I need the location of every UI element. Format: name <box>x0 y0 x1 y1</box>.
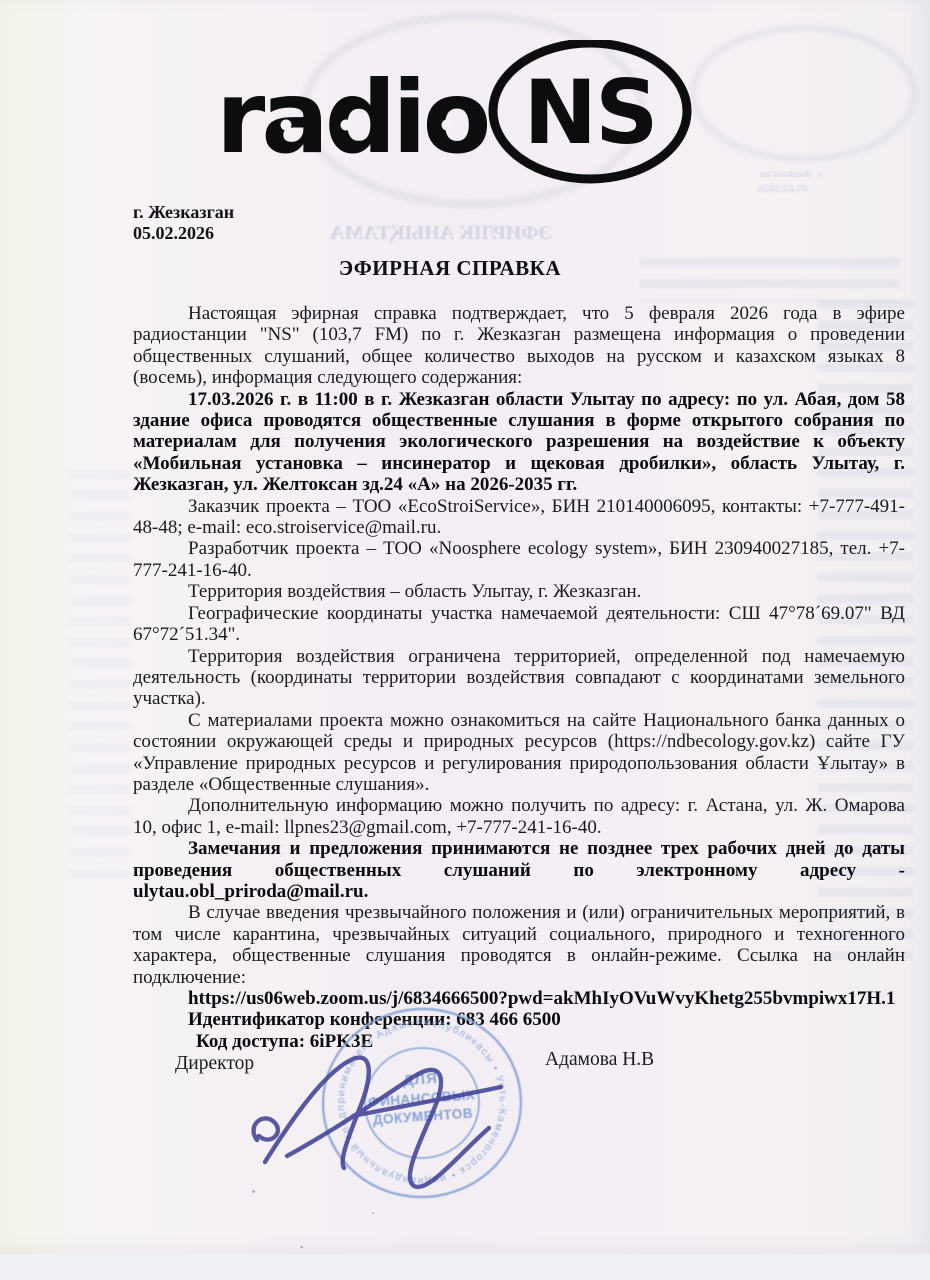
scanned-document: { "document": { "city": "г. Жезказган", … <box>0 0 930 1280</box>
paragraph-materials: С материалами проекта можно ознакомиться… <box>133 710 905 796</box>
handwritten-signature-svg <box>235 1042 547 1204</box>
bleedthrough-date: 05.02.2026 <box>758 183 808 195</box>
city-line: г. Жезказган <box>133 202 234 223</box>
ink-speck-3 <box>300 1246 303 1248</box>
paragraph-developer: Разработчик проекта – ТОО «Noosphere eco… <box>133 538 905 581</box>
logo-vinyl-dot-3 <box>442 120 453 131</box>
city-date-block: г. Жезказган 05.02.2026 <box>133 202 234 244</box>
signature-initial-loop <box>254 1118 278 1140</box>
bleedthrough-logo-ring-2 <box>690 25 917 162</box>
logo-word: radio <box>216 59 488 176</box>
scanner-background <box>0 1254 930 1280</box>
paragraph-territory-limits: Территория воздействия ограничена террит… <box>133 646 905 710</box>
logo-badge: NS <box>523 61 656 164</box>
signature-peak-1 <box>265 1058 369 1168</box>
radio-ns-logo: radio NS <box>212 40 692 185</box>
bleedthrough-title: ЭФИРЛІК АНЫҚТАМА <box>330 222 552 245</box>
document-title: ЭФИРНАЯ СПРАВКА <box>133 256 905 281</box>
paragraph-coordinates: Географические координаты участка намеча… <box>133 603 905 646</box>
paragraph-comments-deadline: Замечания и предложения принимаются не п… <box>133 838 905 902</box>
radio-ns-logo-svg: radio NS <box>212 40 692 185</box>
paper-sheet: ЭФИРЛІК АНЫҚТАМА г. Жезказган 05.02.2026… <box>0 0 930 1254</box>
date-line: 05.02.2026 <box>133 223 234 244</box>
paragraph-impact-territory: Территория воздействия – область Улытау,… <box>133 581 905 602</box>
bleedthrough-lines-left <box>70 470 130 890</box>
ink-speck-2 <box>372 1212 374 1214</box>
signature-name: Адамова Н.В <box>545 1049 654 1071</box>
paragraph-additional-info: Дополнительную информацию можно получить… <box>133 795 905 838</box>
logo-vinyl-dot-1 <box>281 120 292 131</box>
logo-vinyl-dot-2 <box>341 120 352 131</box>
paragraph-intro: Настоящая эфирная справка подтверждает, … <box>133 303 905 389</box>
bleedthrough-city: г. Жезказган <box>760 168 822 180</box>
paragraph-emergency: В случае введения чрезвычайного положени… <box>133 902 905 988</box>
handwritten-signature <box>235 1042 547 1204</box>
document-body: Настоящая эфирная справка подтверждает, … <box>133 303 905 1052</box>
paragraph-hearing-announcement: 17.03.2026 г. в 11:00 в г. Жезказган обл… <box>133 389 905 496</box>
paragraph-customer: Заказчик проекта – ТОО «EcoStroiService»… <box>133 496 905 539</box>
ink-speck-1 <box>252 1190 255 1193</box>
